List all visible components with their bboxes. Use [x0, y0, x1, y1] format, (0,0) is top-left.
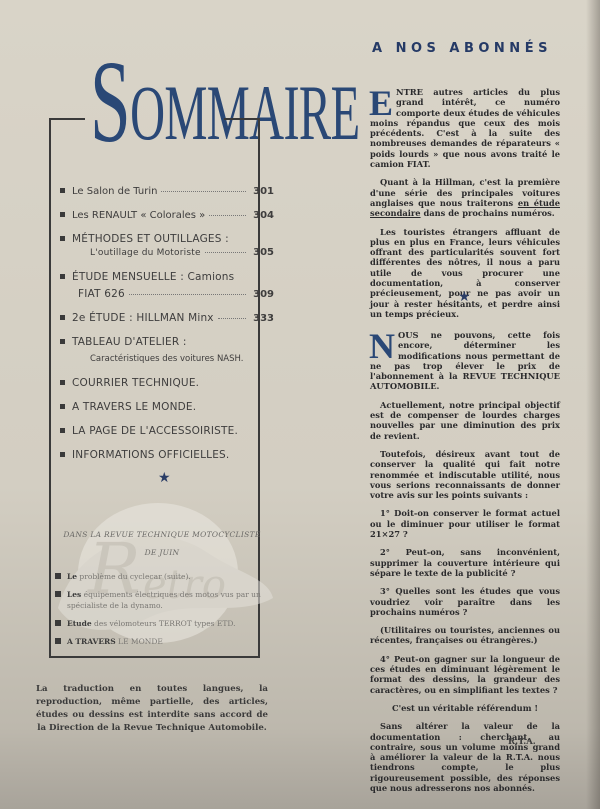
square-bullet-icon: [60, 212, 65, 217]
star-icon: ★: [158, 470, 171, 486]
signature: R.T.A.: [508, 737, 536, 747]
square-bullet-icon: [60, 380, 65, 385]
toc-item[interactable]: TABLEAU D'ATELIER : Caractéristiques des…: [58, 336, 274, 366]
toc-item[interactable]: COURRIER TECHNIQUE.: [58, 377, 274, 390]
paragraph: Actuellement, notre principal objectif e…: [370, 400, 560, 441]
toc-label: TABLEAU D'ATELIER :: [72, 336, 187, 349]
moto-item-text: équipements électriques des motos vus pa…: [67, 590, 261, 610]
toc-label: Les RENAULT « Colorales »: [72, 209, 205, 222]
paragraph: Toutefois, désireux avant tout de conser…: [370, 449, 560, 500]
moto-item: Le problème du cyclecar (suite).: [55, 571, 277, 582]
toc-item[interactable]: 2e ÉTUDE : HILLMAN Minx333: [58, 312, 274, 325]
paragraph: ENTRE autres articles du plus grand inté…: [370, 87, 560, 169]
dot-leader: [161, 191, 246, 192]
toc-item[interactable]: Les RENAULT « Colorales »304: [58, 209, 274, 222]
paragraph-text: NTRE autres articles du plus grand intér…: [370, 87, 560, 169]
square-bullet-icon: [60, 452, 65, 457]
moto-item: Etude des vélomoteurs TERROT types ETD.: [55, 618, 277, 629]
question-2: 2° Peut-on, sans inconvénient, supprimer…: [370, 547, 560, 578]
moto-item-text: problème du cyclecar (suite).: [77, 572, 191, 581]
toc-item[interactable]: Le Salon de Turin301: [58, 185, 274, 198]
toc-page: 305: [250, 246, 274, 259]
toc-page: 333: [250, 312, 274, 325]
moto-heading-line1: DANS LA REVUE TECHNIQUE MOTOCYCLISTE: [62, 526, 262, 544]
drop-cap: N: [369, 332, 395, 360]
square-bullet-icon: [55, 638, 61, 644]
toc-page: 301: [250, 185, 274, 198]
paragraph: NOUS ne pouvons, cette fois encore, déte…: [370, 330, 560, 392]
square-bullet-icon: [60, 236, 65, 241]
dot-leader: [209, 215, 246, 216]
toc-sublabel: Caractéristiques des voitures NASH.: [72, 353, 274, 366]
toc-label: A TRAVERS LE MONDE.: [72, 401, 196, 414]
toc-label: 2e ÉTUDE : HILLMAN Minx: [72, 312, 214, 325]
toc-label: ÉTUDE MENSUELLE : Camions: [72, 271, 234, 284]
question-3-detail: (Utilitaires ou touristes, anciennes ou …: [370, 625, 560, 646]
toc-page: 304: [250, 209, 274, 222]
question-3: 3° Quelles sont les études que vous voud…: [370, 586, 560, 617]
page-edge-shadow: [586, 0, 600, 809]
paragraph-text: dans de prochains numéros.: [421, 208, 555, 218]
question-1: 1° Doit-on conserver le format actuel ou…: [370, 508, 560, 539]
moto-item: A TRAVERS LE MONDE: [55, 636, 277, 647]
moto-item-text: des vélomoteurs TERROT types ETD.: [92, 619, 236, 628]
toc-label: LA PAGE DE L'ACCESSOIRISTE.: [72, 425, 238, 438]
star-icon: ★: [458, 289, 471, 305]
square-bullet-icon: [60, 404, 65, 409]
dot-leader: [205, 252, 246, 253]
moto-item-lead: Les: [67, 590, 81, 599]
square-bullet-icon: [60, 428, 65, 433]
dot-leader: [129, 294, 246, 295]
moto-item-lead: Le: [67, 572, 77, 581]
copyright-notice: La traduction en toutes langues, la repr…: [36, 683, 268, 735]
abonnes-title: A NOS ABONNÉS: [372, 41, 552, 56]
square-bullet-icon: [60, 274, 65, 279]
square-bullet-icon: [55, 591, 61, 597]
dot-leader: [218, 318, 246, 319]
paragraph: Les touristes étrangers affluant de plus…: [370, 227, 560, 320]
square-bullet-icon: [60, 339, 65, 344]
paragraph-text: OUS ne pouvons, cette fois encore, déter…: [370, 330, 560, 391]
toc-item[interactable]: A TRAVERS LE MONDE.: [58, 401, 274, 414]
toc-label: INFORMATIONS OFFICIELLES.: [72, 449, 229, 462]
square-bullet-icon: [55, 620, 61, 626]
moto-item: Les équipements électriques des motos vu…: [55, 589, 277, 611]
square-bullet-icon: [60, 188, 65, 193]
table-of-contents: Le Salon de Turin301 Les RENAULT « Color…: [58, 185, 274, 473]
moto-heading-line2: DE JUIN: [62, 544, 262, 562]
referendum-line: C'est un véritable référendum !: [370, 703, 560, 713]
square-bullet-icon: [60, 315, 65, 320]
abonnes-block-2: NOUS ne pouvons, cette fois encore, déte…: [370, 330, 560, 801]
drop-cap: E: [369, 89, 393, 117]
toc-label: Le Salon de Turin: [72, 185, 157, 198]
toc-label: MÉTHODES ET OUTILLAGES :: [72, 233, 229, 246]
toc-page: 309: [250, 288, 274, 301]
toc-sublabel: FIAT 626: [78, 288, 125, 301]
toc-item[interactable]: LA PAGE DE L'ACCESSOIRISTE.: [58, 425, 274, 438]
toc-item[interactable]: ÉTUDE MENSUELLE : Camions FIAT 626309: [58, 271, 274, 301]
toc-label: COURRIER TECHNIQUE.: [72, 377, 199, 390]
question-4: 4° Peut-on gagner sur la longueur de ces…: [370, 654, 560, 695]
toc-item[interactable]: MÉTHODES ET OUTILLAGES : L'outillage du …: [58, 233, 274, 260]
moto-item-text: LE MONDE: [116, 637, 163, 646]
square-bullet-icon: [55, 573, 61, 579]
moto-item-lead: A TRAVERS: [67, 637, 116, 646]
toc-sublabel: L'outillage du Motoriste: [90, 247, 201, 260]
toc-item[interactable]: INFORMATIONS OFFICIELLES.: [58, 449, 274, 462]
paragraph: Sans altérer la valeur de la documentati…: [370, 721, 560, 793]
moto-section-heading: DANS LA REVUE TECHNIQUE MOTOCYCLISTE DE …: [62, 526, 262, 562]
moto-list: Le problème du cyclecar (suite). Les équ…: [55, 571, 277, 654]
paragraph: Quant à la Hillman, c'est la première d'…: [370, 177, 560, 218]
moto-item-lead: Etude: [67, 619, 92, 628]
